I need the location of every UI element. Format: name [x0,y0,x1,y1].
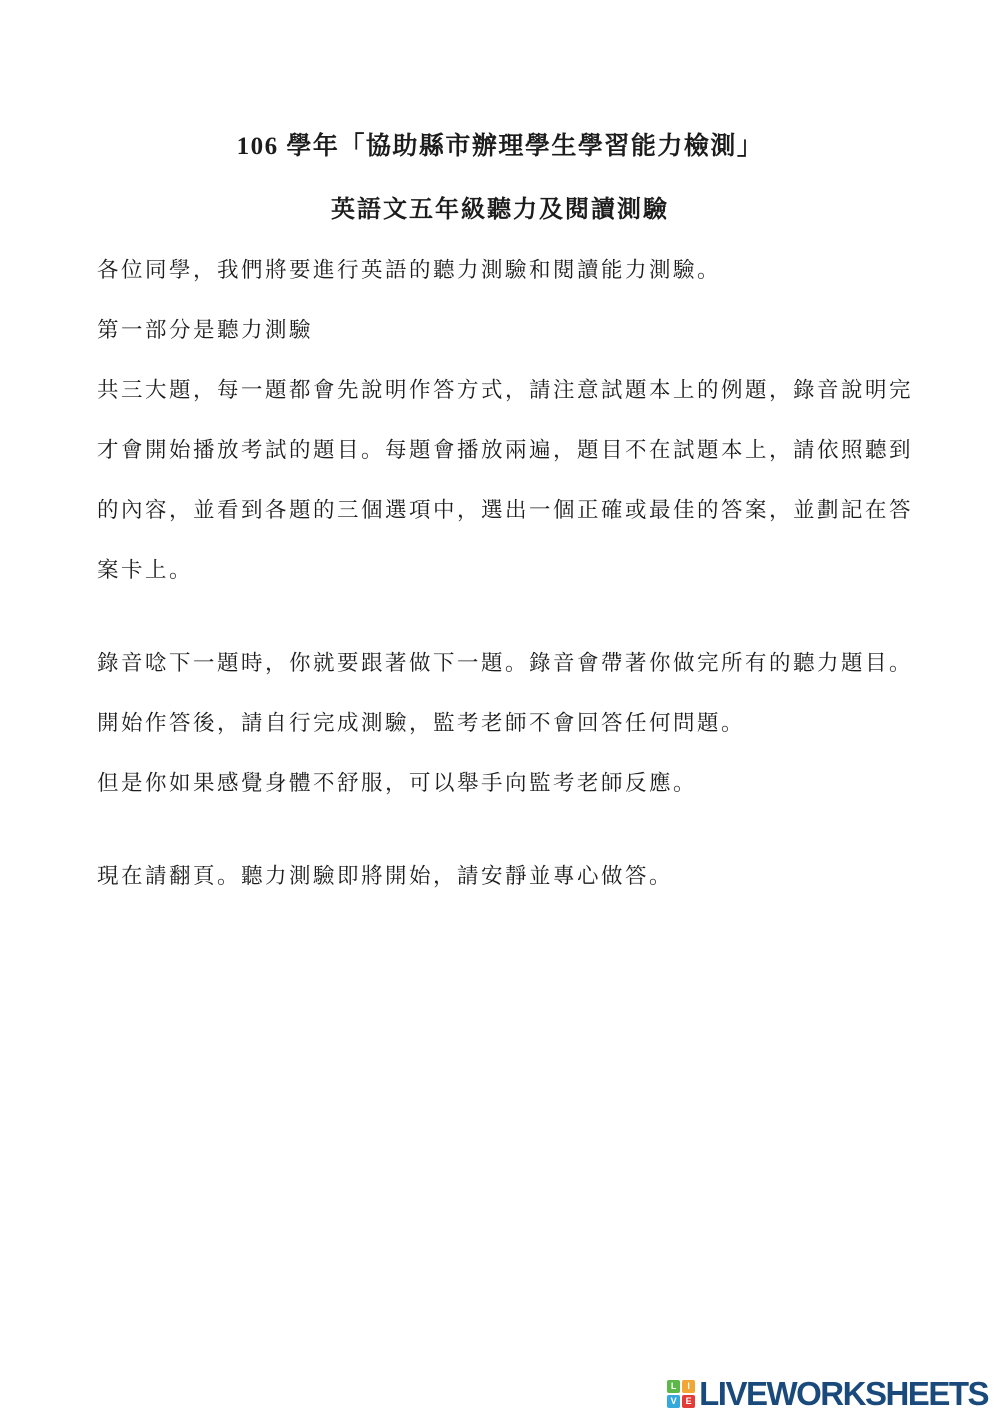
text-line: 錄音唸下一題時，你就要跟著做下一題。錄音會帶著你做完所有的聽力題目。 [97,633,910,693]
logo-square-v: V [667,1395,680,1408]
text-line: 現在請翻頁。聽力測驗即將開始，請安靜並專心做答。 [97,846,910,906]
text-line: 但是你如果感覺身體不舒服，可以舉手向監考老師反應。 [97,753,910,813]
worksheet-page: 106 學年「協助縣市辦理學生學習能力檢測」 英語文五年級聽力及閱讀測驗 各位同… [0,0,1000,1413]
document-subtitle: 英語文五年級聽力及閱讀測驗 [0,194,1000,226]
text-line: 才會開始播放考試的題目。每題會播放兩遍，題目不在試題本上，請依照聽到 [97,420,910,480]
text-line: 的內容，並看到各題的三個選項中，選出一個正確或最佳的答案，並劃記在答 [97,480,910,540]
liveworksheets-logo[interactable]: LIVE LIVEWORKSHEETS [667,1377,988,1410]
text-line: 案卡上。 [97,540,910,600]
liveworksheets-wordmark: LIVEWORKSHEETS [699,1377,988,1410]
instructions-text: 各位同學，我們將要進行英語的聽力測驗和閱讀能力測驗。 第一部分是聽力測驗 共三大… [97,240,910,906]
text-line: 第一部分是聽力測驗 [97,300,910,360]
text-line: 共三大題，每一題都會先說明作答方式，請注意試題本上的例題，錄音說明完 [97,360,910,420]
logo-square-e: E [682,1395,695,1408]
text-line: 開始作答後，請自行完成測驗，監考老師不會回答任何問題。 [97,693,910,753]
text-line: 各位同學，我們將要進行英語的聽力測驗和閱讀能力測驗。 [97,240,910,300]
liveworksheets-icon: LIVE [667,1380,695,1408]
logo-square-l: L [667,1380,680,1393]
document-title: 106 學年「協助縣市辦理學生學習能力檢測」 [0,0,1000,164]
logo-square-i: I [682,1380,695,1393]
